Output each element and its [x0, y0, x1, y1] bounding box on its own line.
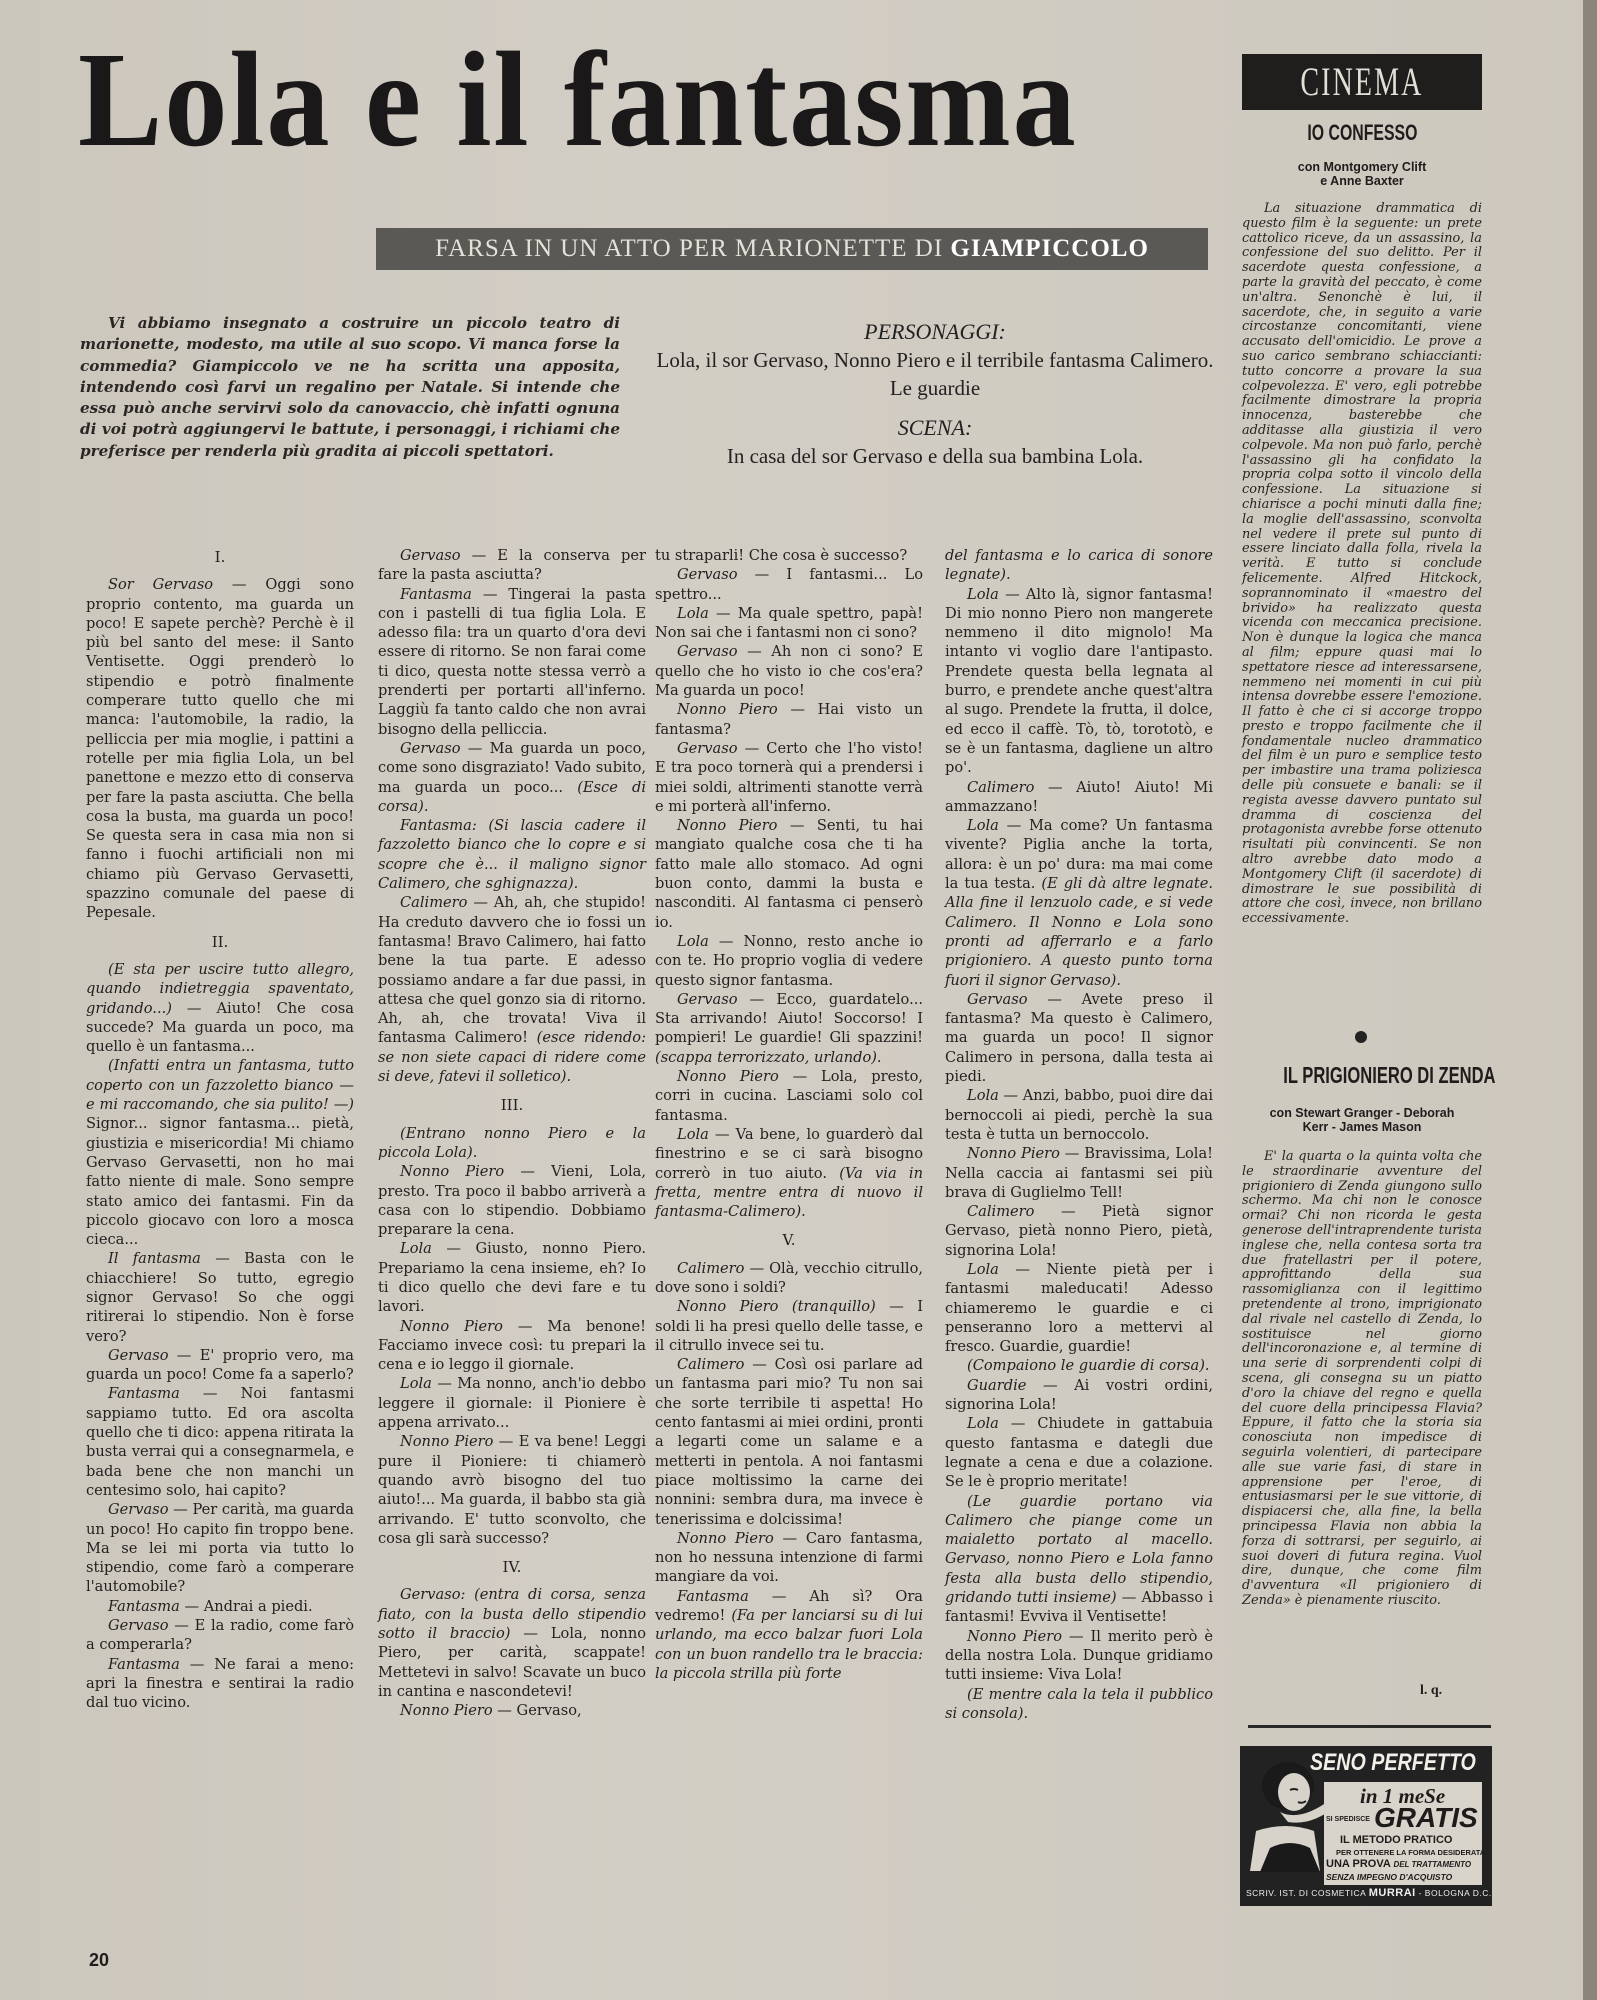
- stage-direction: Fantasma: (Si lascia cadere il fazzolett…: [378, 817, 646, 892]
- divider: [1248, 1725, 1491, 1728]
- stage-direction: (Compaiono le guardie di corsa).: [967, 1357, 1210, 1374]
- article-subtitle: FARSA IN UN ATTO PER MARIONETTE DI GIAMP…: [376, 228, 1208, 270]
- film1-title: IO CONFESSO: [1242, 120, 1482, 146]
- dialogue-line: Nonno Piero — Senti, tu hai mangiato qua…: [655, 816, 923, 932]
- speaker-name: Nonno Piero: [677, 1068, 779, 1085]
- speaker-name: Lola: [677, 605, 709, 622]
- speaker-name: Nonno Piero: [400, 1318, 503, 1335]
- dialogue-line: Lola — Va bene, lo guarderò dal finestri…: [655, 1125, 923, 1221]
- film1-review: La situazione drammatica di questo film …: [1242, 202, 1482, 927]
- play-column-2: Gervaso — E la conserva per fare la past…: [378, 546, 646, 1721]
- dialogue-line: Nonno Piero (tranquillo) — I soldi li ha…: [655, 1297, 923, 1355]
- dialogue-line: Il fantasma — Basta con le chiacchiere! …: [86, 1249, 354, 1345]
- stage-direction: (Le guardie portano via Calimero che pia…: [945, 1493, 1213, 1606]
- ad-line4: PER OTTENERE LA FORMA DESIDERATA: [1336, 1848, 1485, 1857]
- dialogue-line: Lola — Ma come? Un fantasma vivente? Pig…: [945, 816, 1213, 990]
- dialogue-line: (Entrano nonno Piero e la piccola Lola).: [378, 1124, 646, 1163]
- speaker-name: Calimero: [400, 894, 467, 911]
- film2-cast: con Stewart Granger - Deborah Kerr - Jam…: [1242, 1106, 1482, 1134]
- dialogue-line: Gervaso — E' proprio vero, ma guarda un …: [86, 1346, 354, 1385]
- stage-direction: (Entrano nonno Piero e la piccola Lola).: [378, 1125, 646, 1161]
- speaker-name: Gervaso: [108, 1617, 169, 1634]
- dialogue-line: Calimero — Olà, vecchio citrullo, dove s…: [655, 1259, 923, 1298]
- dialogue-line: Nonno Piero — Vieni, Lola, presto. Tra p…: [378, 1162, 646, 1239]
- dialogue-line: Lola — Niente pietà per i fantasmi maled…: [945, 1260, 1213, 1356]
- scene-number: V.: [655, 1231, 923, 1250]
- dialogue-line: Nonno Piero — E va bene! Leggi pure il P…: [378, 1432, 646, 1548]
- dialogue-line: Guardie — Ai vostri ordini, signorina Lo…: [945, 1376, 1213, 1415]
- play-column-4: del fantasma e lo carica di sonore legna…: [945, 546, 1213, 1723]
- speaker-name: Guardie: [967, 1377, 1026, 1394]
- stage-direction: (Fa per lanciarsi su di lui urlando, ma …: [655, 1607, 923, 1682]
- speaker-name: Fantasma: [400, 586, 472, 603]
- speaker-name: Fantasma: [108, 1656, 180, 1673]
- dialogue-line: Lola — Giusto, nonno Piero. Prepariamo l…: [378, 1239, 646, 1316]
- dialogue-line: Nonno Piero — Bravissima, Lola! Nella ca…: [945, 1144, 1213, 1202]
- speaker-name: Nonno Piero: [967, 1628, 1062, 1645]
- scene-description: In casa del sor Gervaso e della sua bamb…: [650, 442, 1220, 470]
- film2-title: IL PRIGIONIERO DI ZENDA: [1242, 1062, 1482, 1089]
- film2-review: E' la quarta o la quinta volta che le st…: [1242, 1150, 1482, 1609]
- page-number: 20: [89, 1950, 109, 1971]
- speaker-name: Lola: [967, 817, 999, 834]
- speaker-name: Calimero: [967, 779, 1034, 796]
- characters-heading: PERSONAGGI:: [650, 318, 1220, 346]
- dialogue-line: Gervaso — Ecco, guardatelo... Sta arriva…: [655, 990, 923, 1067]
- page-edge: [1583, 0, 1597, 2000]
- speaker-name: Gervaso: [108, 1501, 169, 1518]
- speaker-name: Fantasma: [677, 1588, 749, 1605]
- scene-number: III.: [378, 1096, 646, 1115]
- dialogue-line: Nonno Piero — Lola, presto, corri in cuc…: [655, 1067, 923, 1125]
- ad-line6: SENZA IMPEGNO D'ACQUISTO: [1326, 1872, 1452, 1882]
- dialogue-line: Gervaso — Per carità, ma guarda un poco!…: [86, 1500, 354, 1596]
- speaker-name: Gervaso: [677, 991, 738, 1008]
- characters-list: Lola, il sor Gervaso, Nonno Piero e il t…: [650, 346, 1220, 402]
- speaker-name: Fantasma: [108, 1385, 180, 1402]
- speaker-name: Lola: [967, 1261, 999, 1278]
- dialogue-line: (E sta per uscire tutto allegro, quando …: [86, 960, 354, 1056]
- speaker-name: Lola: [967, 1415, 999, 1432]
- subtitle-author: GIAMPICCOLO: [950, 235, 1149, 262]
- speaker-name: Nonno Piero: [967, 1145, 1060, 1162]
- article-intro: Vi abbiamo insegnato a costruire un picc…: [80, 313, 620, 462]
- dialogue-line: Lola — Ma nonno, anch'io debbo leggere i…: [378, 1374, 646, 1432]
- dialogue-line: Nonno Piero — Ma benone! Facciamo invece…: [378, 1317, 646, 1375]
- advertisement: SENO PERFETTO in 1 meSe SI SPEDISCE GRAT…: [1240, 1746, 1492, 1906]
- speaker-name: Lola: [400, 1375, 432, 1392]
- ad-footer: SCRIV. IST. DI COSMETICA MURRAI - BOLOGN…: [1246, 1887, 1488, 1899]
- speaker-name: Gervaso: [108, 1347, 169, 1364]
- dialogue-line: Lola — Chiudete in gattabuia questo fant…: [945, 1414, 1213, 1491]
- speaker-name: Il fantasma: [108, 1250, 201, 1267]
- dialogue-line: Lola — Nonno, resto anche io con te. Ho …: [655, 932, 923, 990]
- stage-direction: (Esce di corsa).: [378, 779, 646, 815]
- dialogue-line: tu straparli! Che cosa è successo?: [655, 546, 923, 565]
- speaker-name: Fantasma: [108, 1598, 180, 1615]
- speaker-name: Lola: [677, 1126, 709, 1143]
- dialogue-line: Nonno Piero — Hai visto un fantasma?: [655, 700, 923, 739]
- speaker-name: Nonno Piero: [677, 817, 777, 834]
- speaker-name: Gervaso: [400, 547, 461, 564]
- stage-direction: (E gli dà altre legnate. Alla fine il le…: [945, 875, 1213, 988]
- dialogue-line: Gervaso — Certo che l'ho visto! E tra po…: [655, 739, 923, 816]
- stage-direction: del fantasma e lo carica di sonore legna…: [945, 547, 1213, 583]
- speaker-name: Lola: [400, 1240, 432, 1257]
- dialogue-line: Gervaso — I fantasmi... Lo spettro...: [655, 565, 923, 604]
- dialogue-line: Gervaso — E la radio, come farò a comper…: [86, 1616, 354, 1655]
- speaker-name: Calimero: [967, 1203, 1034, 1220]
- dialogue-line: Sor Gervaso — Oggi sono proprio contento…: [86, 575, 354, 922]
- dialogue-line: Calimero — Così osi parlare ad un fantas…: [655, 1355, 923, 1529]
- speaker-name: Gervaso: [677, 566, 738, 583]
- dialogue-line: (Le guardie portano via Calimero che pia…: [945, 1492, 1213, 1627]
- play-column-3: tu straparli! Che cosa è successo?Gervas…: [655, 546, 923, 1683]
- scene-number: I.: [86, 548, 354, 567]
- speaker-name: Gervaso: [677, 643, 738, 660]
- speaker-name: Lola: [967, 1087, 999, 1104]
- scene-number: II.: [86, 933, 354, 952]
- dialogue-line: (Infatti entra un fantasma, tutto copert…: [86, 1056, 354, 1249]
- ad-line3: IL METODO PRATICO: [1340, 1834, 1452, 1846]
- speaker-name: Nonno Piero: [400, 1702, 493, 1719]
- dialogue-line: Lola — Alto là, signor fantasma! Di mio …: [945, 585, 1213, 778]
- speaker-name: Nonno Piero (tranquillo): [677, 1298, 876, 1315]
- dialogue-line: Fantasma — Ne farai a meno: apri la fine…: [86, 1655, 354, 1713]
- dialogue-line: Calimero — Pietà signor Gervaso, pietà n…: [945, 1202, 1213, 1260]
- dialogue-line: Fantasma — Andrai a piedi.: [86, 1597, 354, 1616]
- film1-cast: con Montgomery Clift e Anne Baxter: [1242, 160, 1482, 188]
- ad-line2: GRATIS: [1374, 1802, 1478, 1834]
- dialogue-line: Gervaso: (entra di corsa, senza fiato, c…: [378, 1585, 646, 1701]
- dialogue-line: Nonno Piero — Il merito però è della nos…: [945, 1627, 1213, 1685]
- dialogue-line: Gervaso — E la conserva per fare la past…: [378, 546, 646, 585]
- stage-direction: (E sta per uscire tutto allegro, quando …: [86, 961, 354, 1017]
- play-column-1: I.Sor Gervaso — Oggi sono proprio conten…: [86, 548, 354, 1713]
- stage-direction: Gervaso: (entra di corsa, senza fiato, c…: [378, 1586, 646, 1642]
- stage-direction: (Infatti entra un fantasma, tutto copert…: [86, 1057, 354, 1113]
- subtitle-prefix: FARSA IN UN ATTO PER MARIONETTE DI: [435, 235, 943, 262]
- speaker-name: Calimero: [677, 1356, 744, 1373]
- dialogue-line: Lola — Anzi, babbo, puoi dire dai bernoc…: [945, 1086, 1213, 1144]
- speaker-name: Lola: [677, 933, 709, 950]
- dialogue-line: Gervaso — Avete preso il fantasma? Ma qu…: [945, 990, 1213, 1086]
- scene-heading: SCENA:: [650, 414, 1220, 442]
- ad-line5: UNA PROVA DEL TRATTAMENTO: [1326, 1858, 1471, 1870]
- speaker-name: Nonno Piero: [677, 701, 778, 718]
- dialogue-line: Lola — Ma quale spettro, papà! Non sai c…: [655, 604, 923, 643]
- stage-direction: (E mentre cala la tela il pubblico si co…: [945, 1686, 1213, 1722]
- cast-block: PERSONAGGI: Lola, il sor Gervaso, Nonno …: [650, 318, 1220, 470]
- article-title: Lola e il fantasma: [78, 30, 1138, 170]
- dialogue-line: Fantasma: (Si lascia cadere il fazzolett…: [378, 816, 646, 893]
- speaker-name: Gervaso: [677, 740, 738, 757]
- dialogue-line: Calimero — Aiuto! Aiuto! Mi ammazzano!: [945, 778, 1213, 817]
- dialogue-line: (E mentre cala la tela il pubblico si co…: [945, 1685, 1213, 1724]
- speaker-name: Sor Gervaso: [108, 576, 213, 593]
- dialogue-line: Calimero — Ah, ah, che stupido! Ha credu…: [378, 893, 646, 1086]
- dialogue-line: Fantasma — Tingerai la pasta con i paste…: [378, 585, 646, 739]
- dialogue-line: (Compaiono le guardie di corsa).: [945, 1356, 1213, 1375]
- magazine-page: Lola e il fantasma FARSA IN UN ATTO PER …: [0, 0, 1597, 2000]
- dialogue-line: Fantasma — Ah sì? Ora vedremo! (Fa per l…: [655, 1587, 923, 1683]
- review-signature: l. q.: [1420, 1683, 1442, 1699]
- section-bullet-icon: [1355, 1031, 1367, 1043]
- speaker-name: Lola: [967, 586, 999, 603]
- speaker-name: Gervaso: [967, 991, 1028, 1008]
- dialogue-line: Nonno Piero — Gervaso,: [378, 1701, 646, 1720]
- stage-direction: (scappa terrorizzato, urlando).: [655, 1049, 882, 1066]
- dialogue-line: Fantasma — Noi fantasmi sappiamo tutto. …: [86, 1384, 354, 1500]
- dialogue-line: Nonno Piero — Caro fantasma, non ho ness…: [655, 1529, 923, 1587]
- dialogue-line: Gervaso — Ma guarda un poco, come sono d…: [378, 739, 646, 816]
- ad-line2-prefix: SI SPEDISCE: [1326, 1816, 1370, 1823]
- stage-direction: (esce ridendo: se non siete capaci di ri…: [378, 1029, 646, 1085]
- scene-number: IV.: [378, 1558, 646, 1577]
- ad-headline: SENO PERFETTO: [1310, 1749, 1458, 1777]
- cinema-section-label: CINEMA: [1242, 54, 1482, 110]
- dialogue-line: del fantasma e lo carica di sonore legna…: [945, 546, 1213, 585]
- speaker-name: Nonno Piero: [400, 1433, 493, 1450]
- stage-direction: (Va via in fretta, mentre entra di nuovo…: [655, 1165, 923, 1221]
- dialogue-line: Gervaso — Ah non ci sono? E quello che h…: [655, 642, 923, 700]
- speaker-name: Nonno Piero: [400, 1163, 504, 1180]
- speaker-name: Gervaso: [400, 740, 461, 757]
- speaker-name: Calimero: [677, 1260, 744, 1277]
- speaker-name: Nonno Piero: [677, 1530, 774, 1547]
